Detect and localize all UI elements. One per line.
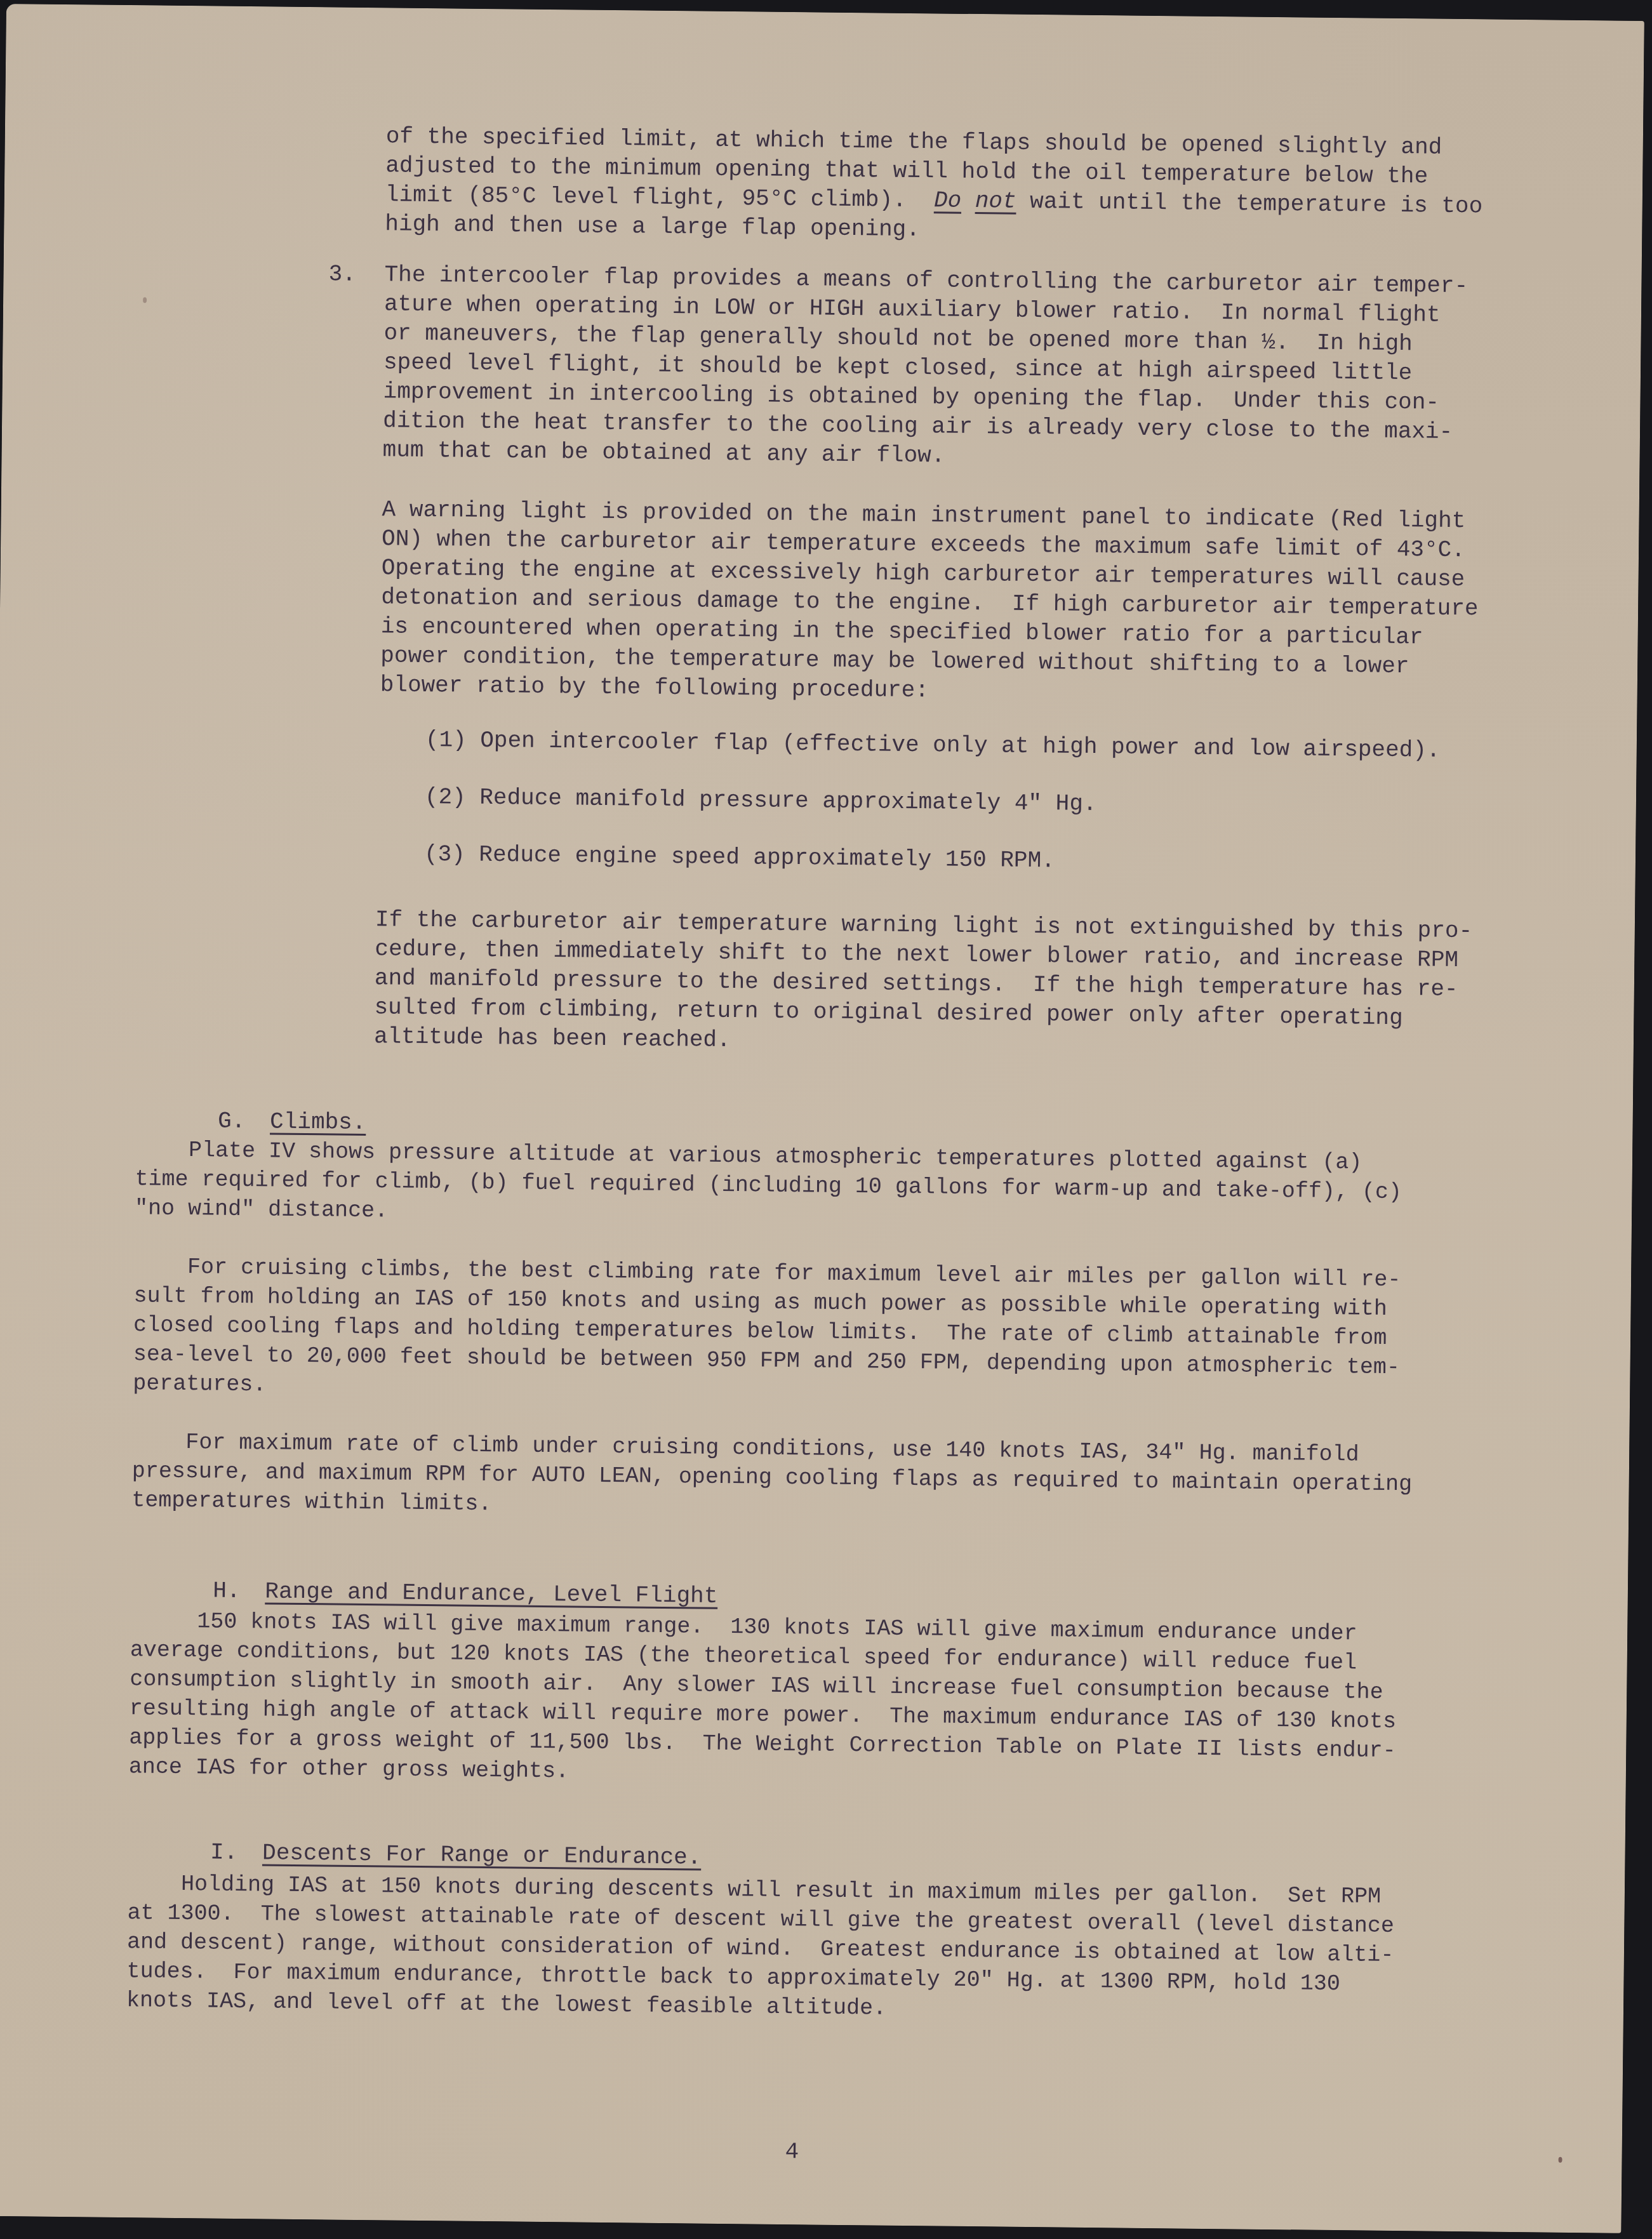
continuation-paragraph: of the specified limit, at which time th…	[385, 122, 1542, 251]
paragraph: For maximum rate of climb under cruising…	[131, 1427, 1542, 1529]
step-number: (3)	[424, 841, 465, 868]
followup-paragraph: If the carburetor air temperature warnin…	[374, 905, 1543, 1063]
section-letter: I.	[210, 1838, 262, 1868]
typewritten-text: of the specified limit, at which time th…	[0, 4, 1644, 2233]
section-title: Descents For Range or Endurance.	[262, 1840, 702, 1870]
warning-light-paragraph: A warning light is provided on the main …	[380, 495, 1550, 712]
paragraph: 150 knots IAS will give maximum range. 1…	[129, 1606, 1540, 1796]
paper-speck	[1559, 2157, 1562, 2163]
section-letter: H.	[213, 1577, 265, 1607]
section-h-body: 150 knots IAS will give maximum range. 1…	[129, 1606, 1540, 1796]
step-number: (2)	[425, 784, 466, 811]
item-3-paragraph: The intercooler flap provides a means of…	[382, 260, 1546, 477]
page-number: 4	[785, 2137, 799, 2167]
section-letter: G.	[218, 1107, 270, 1137]
step-text: Open intercooler flap (effective only at…	[480, 728, 1441, 764]
paragraph: For cruising climbs, the best climbing r…	[133, 1252, 1543, 1412]
paragraph: Plate IV shows pressure altitude at vari…	[135, 1135, 1545, 1237]
section-g-body: Plate IV shows pressure altitude at vari…	[131, 1135, 1545, 1529]
paper-speck	[143, 297, 147, 303]
step-text: Reduce manifold pressure approximately 4…	[479, 785, 1097, 817]
emphasis-not: not	[975, 188, 1016, 215]
item-number: 3.	[328, 260, 356, 289]
procedure-step: (3) Reduce engine speed approximately 15…	[423, 840, 1542, 908]
procedure-list: (1) Open intercooler flap (effective onl…	[423, 726, 1543, 908]
section-i-body: Holding IAS at 150 knots during descents…	[126, 1869, 1537, 2030]
emphasis-do: Do	[934, 187, 962, 213]
section-title: Range and Endurance, Level Flight	[265, 1578, 717, 1609]
section-title: Climbs.	[270, 1108, 366, 1136]
step-text: Reduce engine speed approximately 150 RP…	[479, 842, 1055, 874]
paragraph: Holding IAS at 150 knots during descents…	[126, 1869, 1537, 2030]
step-number: (1)	[425, 727, 467, 754]
document-page: of the specified limit, at which time th…	[0, 4, 1644, 2233]
